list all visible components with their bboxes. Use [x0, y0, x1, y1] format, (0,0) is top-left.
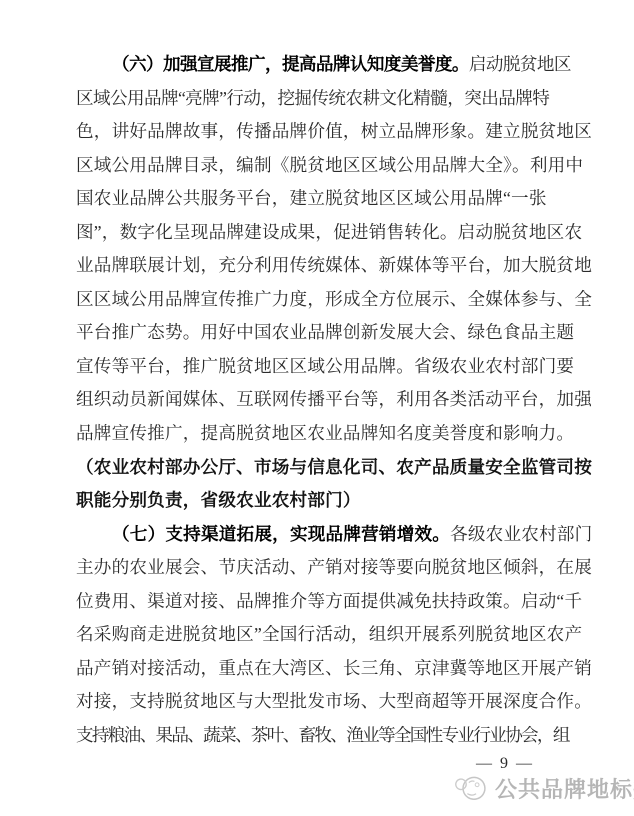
- responsibility-note: （农业农村部办公厅、市场与信息化司、农产品质量安全监管司按: [76, 457, 592, 477]
- text-line: 色，讲好品牌故事，传播品牌价值，树立品牌形象。建立脱贫地区: [76, 115, 576, 149]
- text-line: 区域公用品牌目录，编制《脱贫地区区域公用品牌大全》。利用中: [76, 149, 576, 183]
- body-text: 对接，支持脱贫地区与大型批发市场、大型商超等开展深度合作。: [76, 691, 592, 711]
- text-line: 区区域公用品牌宣传推广力度，形成全方位展示、全媒体参与、全: [76, 283, 576, 317]
- text-line: （七）支持渠道拓展，实现品牌营销增效。各级农业农村部门: [76, 518, 576, 552]
- text-line: 品产销对接活动，重点在大湾区、长三角、京津冀等地区开展产销: [76, 652, 576, 686]
- body-text: 组织动员新闻媒体、互联网传播平台等，利用各类活动平台，加强: [76, 389, 592, 409]
- body-text: 启动脱贫地区: [469, 54, 571, 74]
- body-text: 支持粮油、果品、蔬菜、茶叶、畜牧、渔业等全国性专业行业协会，组: [76, 725, 569, 745]
- body-text: 宣传等平台，推广脱贫地区区域公用品牌。省级农业农村部门要: [76, 356, 574, 376]
- body-text: 业品牌联展计划，充分利用传统媒体、新媒体等平台，加大脱贫地: [76, 255, 592, 275]
- text-line: 组织动员新闻媒体、互联网传播平台等，利用各类活动平台，加强: [76, 383, 576, 417]
- text-line: 业品牌联展计划，充分利用传统媒体、新媒体等平台，加大脱贫地: [76, 249, 576, 283]
- watermark-logo-icon: [448, 765, 493, 810]
- body-text: 主办的农业展会、节庆活动、产销对接等要向脱贫地区倾斜，在展: [76, 557, 592, 577]
- document-page: （六）加强宣展推广，提高品牌认知度美誉度。启动脱贫地区 区域公用品牌“亮牌”行动…: [0, 0, 634, 816]
- body-text: 国农业品牌公共服务平台，建立脱贫地区区域公用品牌“一张: [76, 188, 547, 208]
- text-line: 宣传等平台，推广脱贫地区区域公用品牌。省级农业农村部门要: [76, 350, 576, 384]
- text-line: 职能分别负责，省级农业农村部门）: [76, 484, 576, 518]
- document-body: （六）加强宣展推广，提高品牌认知度美誉度。启动脱贫地区 区域公用品牌“亮牌”行动…: [76, 48, 576, 752]
- text-line: 对接，支持脱贫地区与大型批发市场、大型商超等开展深度合作。: [76, 685, 576, 719]
- body-text: 品牌宣传推广，提高脱贫地区农业品牌知名度美誉度和影响力。: [76, 423, 574, 443]
- body-text: 区域公用品牌“亮牌”行动，挖掘传统农耕文化精髓，突出品牌特: [76, 88, 549, 108]
- body-text: 品产销对接活动，重点在大湾区、长三角、京津冀等地区开展产销: [76, 658, 592, 678]
- text-line: 名采购商走进脱贫地区”全国行活动，组织开展系列脱贫地区农产: [76, 618, 576, 652]
- text-line: 品牌宣传推广，提高脱贫地区农业品牌知名度美誉度和影响力。: [76, 417, 576, 451]
- section-6-heading: （六）加强宣展推广，提高品牌认知度美誉度。: [112, 54, 469, 74]
- body-text: 色，讲好品牌故事，传播品牌价值，树立品牌形象。建立脱贫地区: [76, 121, 592, 141]
- body-text: 各级农业农村部门: [450, 524, 592, 544]
- text-line: 支持粮油、果品、蔬菜、茶叶、畜牧、渔业等全国性专业行业协会，组: [76, 719, 576, 753]
- watermark-text: 公共品牌地标委: [495, 773, 634, 804]
- text-line: （农业农村部办公厅、市场与信息化司、农产品质量安全监管司按: [76, 451, 576, 485]
- watermark: 公共品牌地标委: [452, 769, 634, 807]
- text-line: 平台推广态势。用好中国农业品牌创新发展大会、绿色食品主题: [76, 316, 576, 350]
- section-7-heading: （七）支持渠道拓展，实现品牌营销增效。: [112, 524, 450, 544]
- text-line: 区域公用品牌“亮牌”行动，挖掘传统农耕文化精髓，突出品牌特: [76, 82, 576, 116]
- responsibility-note: 职能分别负责，省级农业农村部门）: [76, 490, 361, 510]
- text-line: 主办的农业展会、节庆活动、产销对接等要向脱贫地区倾斜，在展: [76, 551, 576, 585]
- text-line: 国农业品牌公共服务平台，建立脱贫地区区域公用品牌“一张: [76, 182, 576, 216]
- body-text: 平台推广态势。用好中国农业品牌创新发展大会、绿色食品主题: [76, 322, 574, 342]
- body-text: 位费用、渠道对接、品牌推介等方面提供减免扶持政策。启动“千: [76, 591, 582, 611]
- text-line: （六）加强宣展推广，提高品牌认知度美誉度。启动脱贫地区: [76, 48, 576, 82]
- body-text: 区区域公用品牌宣传推广力度，形成全方位展示、全媒体参与、全: [76, 289, 592, 309]
- body-text: 区域公用品牌目录，编制《脱贫地区区域公用品牌大全》。利用中: [76, 155, 583, 175]
- text-line: 位费用、渠道对接、品牌推介等方面提供减免扶持政策。启动“千: [76, 585, 576, 619]
- body-text: 图”，数字化呈现品牌建设成果，促进销售转化。启动脱贫地区农: [76, 222, 582, 242]
- text-line: 图”，数字化呈现品牌建设成果，促进销售转化。启动脱贫地区农: [76, 216, 576, 250]
- body-text: 名采购商走进脱贫地区”全国行活动，组织开展系列脱贫地区农产: [76, 624, 582, 644]
